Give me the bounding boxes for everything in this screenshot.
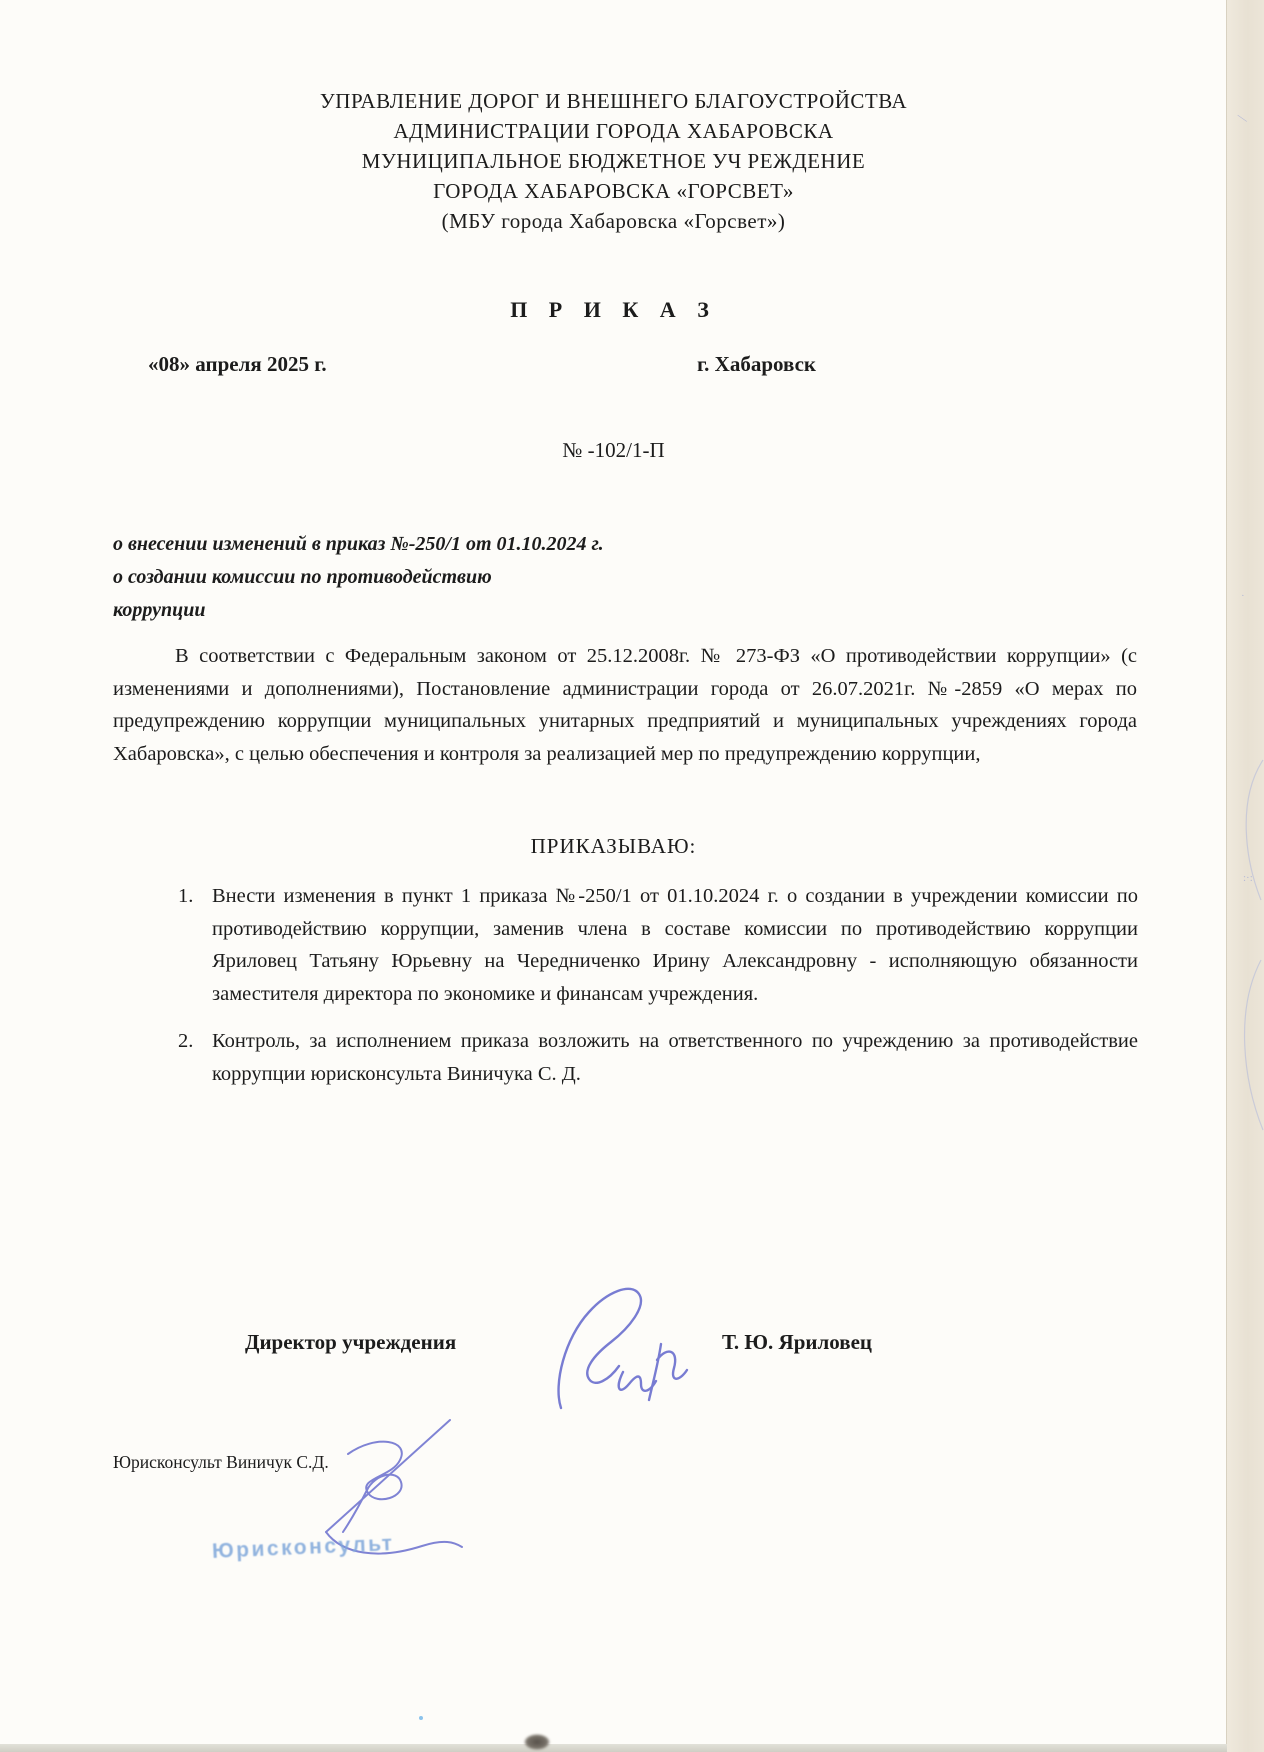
letterhead-line: (МБУ города Хабаровска «Горсвет») — [0, 206, 1227, 236]
scanned-page: УПРАВЛЕНИЕ ДОРОГ И ВНЕШНЕГО БЛАГОУСТРОЙС… — [0, 0, 1264, 1752]
director-signature-ink — [545, 1280, 715, 1420]
subject-line: о создании комиссии по противодействию — [113, 561, 873, 594]
order-list: 1. Внести изменения в пункт 1 приказа №-… — [178, 880, 1138, 1105]
letterhead-line: УПРАВЛЕНИЕ ДОРОГ И ВНЕШНЕГО БЛАГОУСТРОЙС… — [0, 86, 1227, 116]
order-item-number: 1. — [178, 880, 212, 1010]
letterhead: УПРАВЛЕНИЕ ДОРОГ И ВНЕШНЕГО БЛАГОУСТРОЙС… — [0, 86, 1227, 236]
order-item-1: 1. Внести изменения в пункт 1 приказа №-… — [178, 880, 1138, 1010]
subject-line: коррупции — [113, 594, 873, 627]
edge-ink-mark: — — [1235, 110, 1251, 126]
letterhead-line: АДМИНИСТРАЦИИ ГОРОДА ХАБАРОВСКА — [0, 116, 1227, 146]
order-item-2: 2. Контроль, за исполнением приказа возл… — [178, 1025, 1138, 1090]
document-title: П Р И К А З — [0, 297, 1227, 323]
subject-line: о внесении изменений в приказ №-250/1 от… — [113, 528, 873, 561]
intro-paragraph: В соответствии с Федеральным законом от … — [113, 640, 1137, 770]
director-name: Т. Ю. Яриловец — [722, 1330, 872, 1355]
letterhead-line: МУНИЦИПАЛЬНОЕ БЮДЖЕТНОЕ УЧ РЕЖДЕНИЕ — [0, 146, 1227, 176]
edge-ink-mark: · — [1241, 590, 1245, 602]
director-role-label: Директор учреждения — [245, 1330, 456, 1355]
scan-smudge — [524, 1734, 550, 1750]
ink-speck — [419, 1716, 423, 1720]
resolve-heading: ПРИКАЗЫВАЮ: — [0, 834, 1227, 859]
order-item-text: Контроль, за исполнением приказа возложи… — [212, 1025, 1138, 1090]
letterhead-line: ГОРОДА ХАБАРОВСКА «ГОРСВЕТ» — [0, 176, 1227, 206]
subject-block: о внесении изменений в приказ №-250/1 от… — [113, 528, 873, 627]
document-number: № -102/1-П — [0, 438, 1227, 463]
document-city: г. Хабаровск — [697, 352, 816, 377]
order-item-number: 2. — [178, 1025, 212, 1090]
document-date: «08» апреля 2025 г. — [148, 352, 327, 377]
order-item-text: Внести изменения в пункт 1 приказа №-250… — [212, 880, 1138, 1010]
edge-ink-scribble — [1227, 740, 1264, 1160]
scan-bottom-edge — [0, 1744, 1227, 1752]
